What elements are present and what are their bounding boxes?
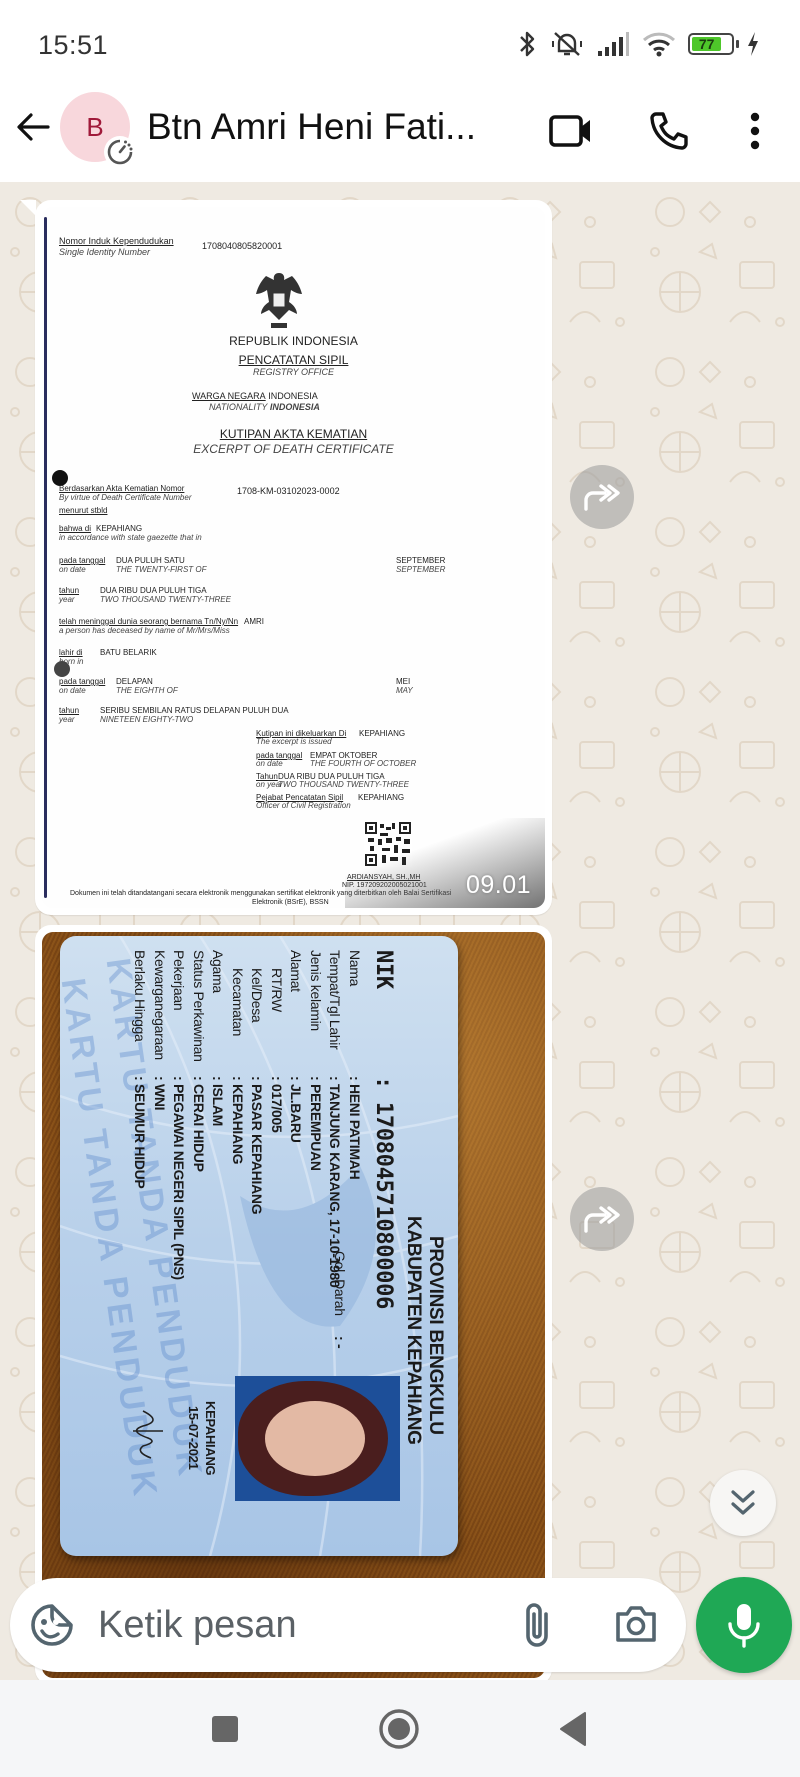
forward-icon	[583, 1204, 621, 1234]
doc-cert-number-label: Berdasarkan Akta Kematian Nomor	[59, 484, 184, 493]
doc-row-label-en: year	[59, 715, 75, 724]
doc-issued-label-en: on date	[256, 759, 283, 768]
wifi-icon	[642, 30, 676, 58]
doc-row-label: pada tanggal	[59, 677, 105, 686]
redaction-dot	[54, 661, 70, 677]
doc-nationality-value-en: INDONESIA	[270, 402, 320, 412]
card-field-label: Jenis kelamin	[308, 950, 324, 1031]
document-edge	[44, 217, 47, 898]
video-call-icon	[548, 111, 594, 151]
camera-button[interactable]	[614, 1602, 660, 1648]
card-field-label: Kewarganegaraan	[152, 950, 168, 1060]
image-message-death-certificate[interactable]: Nomor Induk Kependudukan Single Identity…	[35, 200, 552, 915]
image-message-id-card[interactable]: KARTU TANDA PENDUDUK KARTU TANDA PENDUDU…	[35, 925, 552, 1680]
recents-button[interactable]	[200, 1704, 250, 1754]
video-call-button[interactable]	[548, 108, 594, 154]
doc-country: REPUBLIK INDONESIA	[42, 335, 545, 349]
card-photo	[235, 1376, 400, 1501]
doc-row-label: bahwa di	[59, 524, 91, 533]
doc-row-label: tahun	[59, 706, 79, 715]
doc-title: KUTIPAN AKTA KEMATIAN	[42, 428, 545, 442]
doc-according: menurut stbld	[59, 506, 107, 515]
doc-row-value-en: TWO THOUSAND TWENTY-THREE	[100, 595, 231, 604]
battery-icon: 77	[688, 33, 734, 55]
doc-row-value-en: THE EIGHTH OF	[116, 686, 178, 695]
doc-row-extra-en: MAY	[396, 686, 413, 695]
card-nik-value: : 1708045710800006	[371, 1076, 396, 1309]
signal-icon	[596, 30, 630, 58]
doc-row-extra: MEI	[396, 677, 410, 686]
death-certificate-image[interactable]: Nomor Induk Kependudukan Single Identity…	[42, 207, 545, 908]
message-input[interactable]	[98, 1598, 498, 1652]
card-issue-date: 15-07-2021	[186, 1406, 201, 1470]
back-nav-button[interactable]	[548, 1704, 598, 1754]
doc-row-value: DUA RIBU DUA PULUH TIGA	[100, 586, 207, 595]
doc-row-value: DUA PULUH SATU	[116, 556, 185, 565]
doc-row-label: lahir di	[59, 648, 83, 657]
card-field-value: : CERAI HIDUP	[191, 1076, 207, 1172]
card-field-value: : SEUMUR HIDUP	[133, 1076, 149, 1188]
doc-row-extra: SEPTEMBER	[396, 556, 445, 565]
doc-issued-value-en: TWO THOUSAND TWENTY-THREE	[278, 780, 409, 789]
doc-nationality-label: WARGA NEGARA	[192, 391, 266, 401]
card-field-label: Berlaku Hingga	[133, 950, 149, 1042]
card-field-label: RT/RW	[269, 968, 285, 1012]
card-field-value: : PEREMPUAN	[308, 1076, 324, 1171]
card-field-value: : PASAR KEPAHIANG	[250, 1076, 266, 1214]
card-regency: KABUPATEN KEPAHIANG	[402, 1216, 424, 1445]
card-field-value: : WNI	[152, 1076, 168, 1110]
doc-issued-value: KEPAHIANG	[358, 793, 404, 802]
mic-icon	[726, 1602, 762, 1648]
chat-title[interactable]: Btn Amri Heni Fati...	[147, 106, 512, 148]
more-vert-icon	[749, 111, 761, 151]
card-field-value: : HENI PATIMAH	[347, 1076, 363, 1179]
back-button[interactable]	[14, 107, 54, 147]
camera-icon	[614, 1602, 658, 1644]
sticker-icon	[30, 1603, 74, 1647]
id-card-image[interactable]: KARTU TANDA PENDUDUK KARTU TANDA PENDUDU…	[42, 932, 545, 1678]
voice-call-icon	[648, 110, 690, 152]
card-blood-type-label: Gol. Darah	[332, 1251, 348, 1316]
system-nav-bar	[0, 1680, 800, 1777]
timer-icon	[104, 136, 136, 168]
back-triangle-icon	[558, 1711, 588, 1747]
card-field-label: Status Perkawinan	[191, 950, 207, 1062]
card-province: PROVINSI BENGKULU	[424, 1236, 446, 1435]
doc-office: PENCATATAN SIPIL	[42, 354, 545, 368]
doc-cert-number-label-en: By virtue of Death Certificate Number	[59, 493, 192, 502]
doc-row-value: KEPAHIANG	[96, 524, 142, 533]
forward-button[interactable]	[570, 1187, 634, 1251]
chat-area[interactable]: Nomor Induk Kependudukan Single Identity…	[0, 182, 800, 1680]
doc-nik-label-en: Single Identity Number	[59, 247, 150, 257]
sticker-button[interactable]	[30, 1603, 74, 1647]
doc-title-en: EXCERPT OF DEATH CERTIFICATE	[42, 443, 545, 457]
doc-row-value: SERIBU SEMBILAN RATUS DELAPAN PULUH DUA	[100, 706, 289, 715]
arrow-left-icon	[14, 107, 54, 147]
card-field-value: : 017/005	[269, 1076, 285, 1132]
doc-nik-value: 1708040805820001	[202, 241, 282, 251]
doc-row-extra-en: SEPTEMBER	[396, 565, 445, 574]
doc-row-value: AMRI	[244, 617, 264, 626]
attach-button[interactable]	[520, 1600, 564, 1650]
silent-bell-icon	[550, 29, 584, 59]
double-chevron-down-icon	[730, 1489, 756, 1517]
doc-row-value-en: THE TWENTY-FIRST OF	[116, 565, 207, 574]
paperclip-icon	[520, 1600, 554, 1650]
home-circle-icon	[378, 1708, 420, 1750]
home-button[interactable]	[374, 1704, 424, 1754]
doc-row-label-en: a person has deceased by name of Mr/Mrs/…	[59, 626, 230, 635]
doc-issued-label-en: The excerpt is issued	[256, 737, 332, 746]
doc-row-label-en: year	[59, 595, 75, 604]
doc-nationality-value: INDONESIA	[268, 391, 318, 401]
card-field-label: Nama	[347, 950, 363, 986]
status-time: 15:51	[38, 30, 108, 61]
battery-level: 77	[692, 37, 721, 51]
ktp-card: KARTU TANDA PENDUDUK KARTU TANDA PENDUDU…	[60, 936, 458, 1556]
card-field-value: : ISLAM	[211, 1076, 227, 1126]
card-field-label: Alamat	[289, 950, 305, 992]
charging-icon	[746, 31, 760, 57]
doc-nationality-label-en: NATIONALITY	[209, 402, 267, 412]
card-field-value: : KEPAHIANG	[230, 1076, 246, 1164]
voice-message-button[interactable]	[696, 1577, 792, 1673]
card-signature	[128, 1406, 168, 1476]
forward-button[interactable]	[570, 465, 634, 529]
doc-nik-label: Nomor Induk Kependudukan	[59, 236, 174, 246]
message-composer	[10, 1578, 686, 1672]
status-icons: 77	[518, 28, 760, 60]
chat-header: B Btn Amri Heni Fati...	[0, 80, 800, 182]
doc-row-label: pada tanggal	[59, 556, 105, 565]
doc-office-en: REGISTRY OFFICE	[42, 367, 545, 377]
card-field-label: Pekerjaan	[172, 950, 188, 1010]
scroll-to-bottom-button[interactable]	[710, 1470, 776, 1536]
card-field-label: Agama	[211, 950, 227, 993]
card-field-label: Kel/Desa	[250, 968, 266, 1022]
card-blood-type-value: : -	[332, 1336, 348, 1348]
doc-row-value: DELAPAN	[116, 677, 153, 686]
card-issue-place: KEPAHIANG	[203, 1401, 218, 1475]
doc-row-label: tahun	[59, 586, 79, 595]
doc-row-label-en: in accordance with state gaezette that i…	[59, 533, 202, 542]
recents-square-icon	[210, 1714, 240, 1744]
doc-row-label-en: on date	[59, 565, 86, 574]
forward-icon	[583, 482, 621, 512]
garuda-emblem-icon	[249, 269, 309, 331]
card-field-value: : PEGAWAI NEGERI SIPIL (PNS)	[172, 1076, 188, 1280]
doc-row-label-en: on date	[59, 686, 86, 695]
doc-issued-value: KEPAHIANG	[359, 729, 405, 738]
card-field-label: Tempat/Tgl Lahir	[328, 950, 344, 1049]
voice-call-button[interactable]	[646, 108, 692, 154]
message-time: 09.01	[466, 871, 531, 900]
doc-row-label: telah meninggal dunia seorang bernama Tn…	[59, 617, 238, 626]
doc-issued-label-en: Officer of Civil Registration	[256, 801, 351, 810]
card-nik-label: NIK	[371, 950, 396, 989]
doc-footer-2: Elektronik (BSrE), BSSN	[252, 899, 329, 907]
doc-cert-number: 1708-KM-03102023-0002	[237, 486, 340, 496]
bluetooth-icon	[518, 29, 538, 59]
doc-row-value-en: NINETEEN EIGHTY-TWO	[100, 715, 193, 724]
status-bar: 15:51 77	[0, 0, 800, 80]
card-field-value: : JL.BARU	[289, 1076, 305, 1143]
card-rotated-content: KARTU TANDA PENDUDUK KARTU TANDA PENDUDU…	[60, 936, 458, 1556]
doc-issued-value-en: THE FOURTH OF OCTOBER	[310, 759, 416, 768]
doc-row-value: BATU BELARIK	[100, 648, 157, 657]
card-field-label: Kecamatan	[230, 968, 246, 1036]
more-options-button[interactable]	[732, 108, 778, 154]
